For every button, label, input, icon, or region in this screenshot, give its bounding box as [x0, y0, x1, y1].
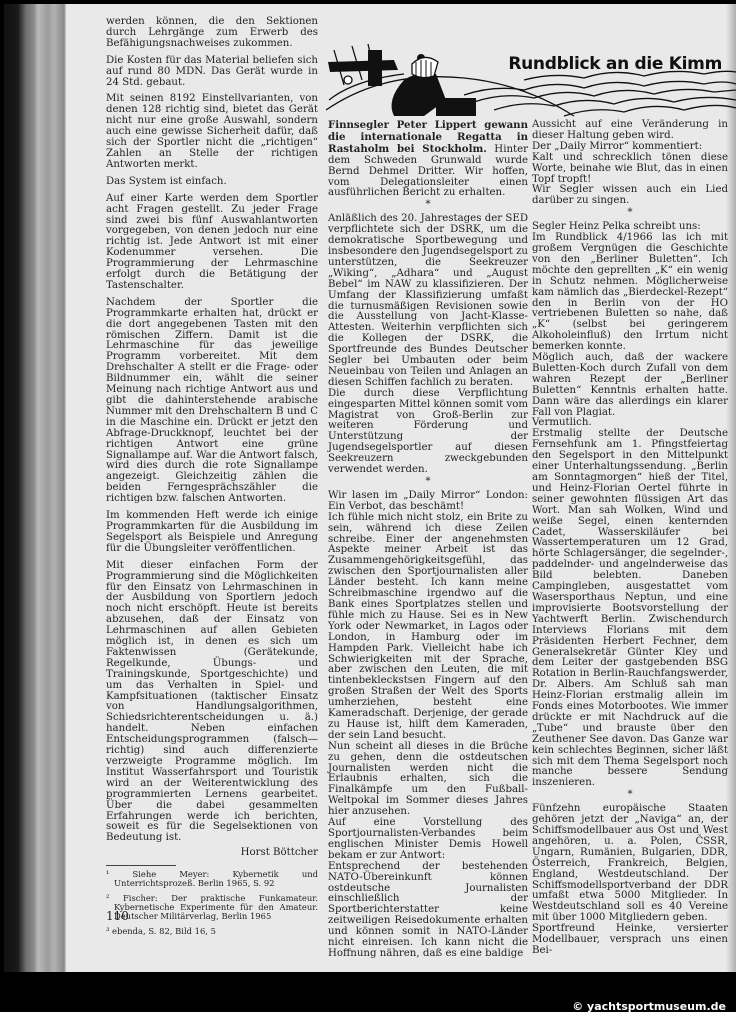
paragraph: Nachdem der Sportler die Programmkarte e…	[106, 298, 318, 505]
paragraph: Aussicht auf eine Veränderung in dieser …	[532, 120, 728, 142]
footnote: ² Fischer: Der praktische Funkamateur. K…	[106, 894, 318, 921]
separator-star: *	[328, 200, 528, 211]
separator-star: *	[328, 477, 528, 488]
paragraph: Sportfreund Heinke, versierter Modellbau…	[532, 924, 728, 957]
footnote: ¹ Siehe Meyer: Kybernetik und Unterricht…	[106, 870, 318, 888]
paragraph: Auf einer Karte werden dem Sportler acht…	[106, 194, 318, 292]
sailor-boat-waves-illustration	[324, 40, 736, 118]
paragraph: Nun scheint all dieses in die Brüche zu …	[328, 742, 528, 818]
magazine-page: Rundblick an die Kimm werden können, die…	[66, 4, 736, 972]
left-column: werden können, die den Sektionen durch L…	[106, 17, 318, 942]
paragraph: Anläßlich des 20. Jahrestages der SED ve…	[328, 214, 528, 389]
author-signature: Horst Böttcher	[106, 848, 318, 859]
paragraph: Im kommenden Heft werde ich einige Progr…	[106, 511, 318, 555]
page-number: 110	[106, 909, 129, 923]
watermark: © yachtsportmuseum.de	[572, 1000, 726, 1012]
book-spine-edge	[4, 4, 66, 972]
paragraph: Möglich auch, daß der wackere Buletten-K…	[532, 353, 728, 418]
separator-star: *	[532, 208, 728, 219]
paragraph: Das System ist einfach.	[106, 177, 318, 188]
paragraph: Wir Segler wissen auch ein Lied darüber …	[532, 185, 728, 207]
paragraph: Ich fühle mich nicht stolz, ein Brite zu…	[328, 513, 528, 742]
paragraph: Mit dieser einfachen Form der Programmie…	[106, 561, 318, 845]
section-title: Rundblick an die Kimm	[508, 54, 722, 74]
paragraph: Fünfzehn europäische Staaten gehören jet…	[532, 804, 728, 924]
separator-star: *	[532, 790, 728, 801]
right-column: Aussicht auf eine Veränderung in dieser …	[532, 120, 728, 957]
paragraph: Im Rundblick 4/1966 las ich mit großem V…	[532, 233, 728, 353]
paragraph: Mit seinen 8192 Einstellvarianten, von d…	[106, 94, 318, 170]
paragraph-regatta: Finnsegler Peter Lippert gewann die inte…	[328, 120, 528, 199]
paragraph: Auf eine Vorstellung des Sportjournalist…	[328, 818, 528, 862]
paragraph: Entsprechend der bestehenden NATO-Überei…	[328, 862, 528, 960]
footnote: ³ ebenda, S. 82, Bild 16, 5	[106, 927, 318, 936]
middle-column: Finnsegler Peter Lippert gewann die inte…	[328, 120, 528, 960]
paragraph: Die Kosten für das Material beliefen sic…	[106, 56, 318, 89]
paragraph: Erstmalig stellte der Deutsche Fernsehfu…	[532, 429, 728, 789]
footnote-divider	[106, 865, 176, 866]
paragraph: Kalt und schrecklich tönen diese Worte, …	[532, 153, 728, 186]
paragraph: Wir lasen im „Daily Mirror“ London: Ein …	[328, 491, 528, 513]
paragraph: Die durch diese Verpflichtung eingespart…	[328, 389, 528, 476]
paragraph: werden können, die den Sektionen durch L…	[106, 17, 318, 50]
